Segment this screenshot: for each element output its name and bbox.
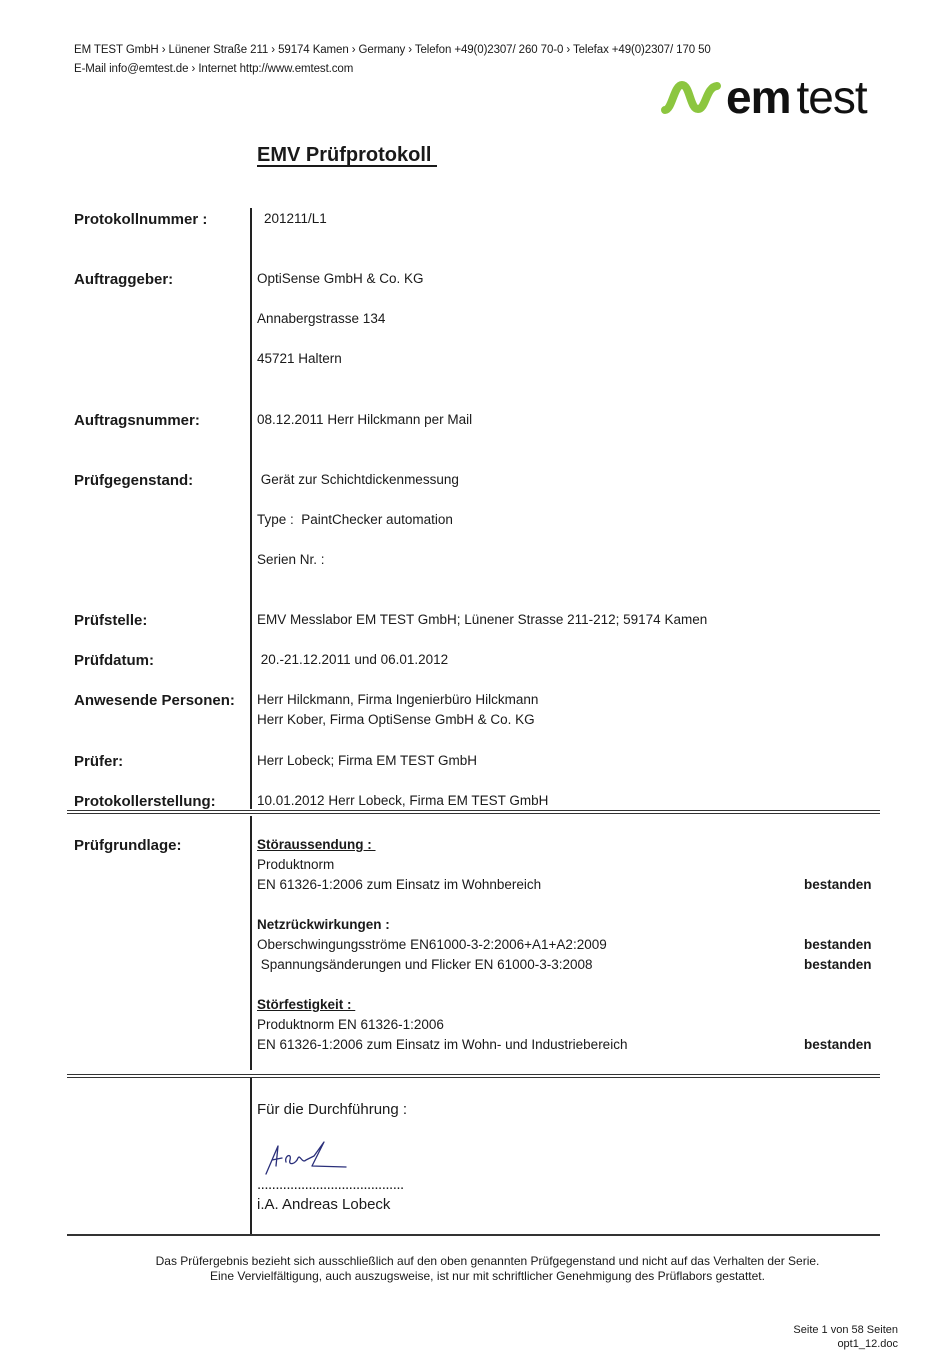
label-pruefer: Prüfer: (74, 753, 123, 770)
netzrueckwirkungen-line-2: Spannungsänderungen und Flicker EN 61000… (257, 957, 593, 972)
stoerfestigkeit-result: bestanden (804, 1037, 872, 1052)
label-pruefdatum: Prüfdatum: (74, 652, 154, 669)
label-protokollerstellung: Protokollerstellung: (74, 793, 216, 810)
value-protokollnummer: 201211/L1 (264, 211, 327, 226)
column-divider-middle (250, 816, 252, 1070)
value-anwesende-2: Herr Kober, Firma OptiSense GmbH & Co. K… (257, 712, 535, 727)
value-auftragsnummer: 08.12.2011 Herr Hilckmann per Mail (257, 412, 472, 427)
value-anwesende-1: Herr Hilckmann, Firma Ingenierbüro Hilck… (257, 692, 538, 707)
value-pruefgegenstand-type: Type : PaintChecker automation (257, 512, 453, 527)
label-anwesende-personen: Anwesende Personen: (74, 692, 235, 709)
column-divider-bottom (250, 1077, 252, 1235)
stoerfestigkeit-line-1: Produktnorm EN 61326-1:2006 (257, 1017, 444, 1032)
signer-name: i.A. Andreas Lobeck (257, 1196, 390, 1213)
company-address-line: EM TEST GmbH › Lünener Straße 211 › 5917… (74, 44, 711, 56)
netzrueckwirkungen-result-2: bestanden (804, 957, 872, 972)
value-pruefstelle: EMV Messlabor EM TEST GmbH; Lünener Stra… (257, 612, 707, 627)
signature-dotted-line: ........................................ (257, 1176, 404, 1193)
company-contact-line: E-Mail info@emtest.de › Internet http://… (74, 63, 353, 75)
handwritten-signature-icon (262, 1136, 354, 1178)
emtest-logo: emtest (660, 74, 867, 120)
label-auftraggeber: Auftraggeber: (74, 271, 173, 288)
stoeraussendung-result: bestanden (804, 877, 872, 892)
disclaimer-line-1: Das Prüfergebnis bezieht sich ausschließ… (0, 1254, 950, 1269)
value-auftraggeber-city: 45721 Haltern (257, 351, 342, 366)
value-pruefgegenstand-device: Gerät zur Schichtdickenmessung (257, 472, 459, 487)
value-pruefer: Herr Lobeck; Firma EM TEST GmbH (257, 753, 477, 768)
label-pruefstelle: Prüfstelle: (74, 612, 147, 629)
stoerfestigkeit-line-2: EN 61326-1:2006 zum Einsatz im Wohn- und… (257, 1037, 627, 1052)
stoeraussendung-line-1: Produktnorm (257, 857, 334, 872)
value-pruefgegenstand-serial: Serien Nr. : (257, 552, 325, 567)
value-auftraggeber-company: OptiSense GmbH & Co. KG (257, 271, 424, 286)
file-name: opt1_12.doc (837, 1338, 898, 1350)
value-auftraggeber-street: Annabergstrasse 134 (257, 311, 385, 326)
section-netzrueckwirkungen: Netzrückwirkungen : (257, 917, 390, 932)
stoeraussendung-line-2: EN 61326-1:2006 zum Einsatz im Wohnberei… (257, 877, 541, 892)
section-stoeraussendung: Störaussendung : (257, 837, 376, 852)
label-auftragsnummer: Auftragsnummer: (74, 412, 200, 429)
netzrueckwirkungen-line-1: Oberschwingungsströme EN61000-3-2:2006+A… (257, 937, 607, 952)
wave-icon (660, 77, 722, 117)
logo-em: em (726, 71, 790, 123)
section-stoerfestigkeit: Störfestigkeit : (257, 997, 355, 1012)
document-title: EMV Prüfprotokoll (257, 144, 437, 167)
label-protokollnummer: Protokollnummer : (74, 211, 207, 228)
signature-divider-double (67, 1074, 880, 1078)
bottom-rule (67, 1234, 880, 1236)
column-divider-top (250, 208, 252, 809)
label-pruefgrundlage: Prüfgrundlage: (74, 837, 182, 854)
page-number: Seite 1 von 58 Seiten (793, 1324, 898, 1336)
signature-caption: Für die Durchführung : (257, 1101, 407, 1118)
section-divider-double (67, 810, 880, 814)
logo-test: test (796, 71, 866, 123)
disclaimer-line-2: Eine Vervielfältigung, auch auszugsweise… (0, 1269, 950, 1284)
label-pruefgegenstand: Prüfgegenstand: (74, 472, 193, 489)
value-protokollerstellung: 10.01.2012 Herr Lobeck, Firma EM TEST Gm… (257, 793, 548, 808)
value-pruefdatum: 20.-21.12.2011 und 06.01.2012 (257, 652, 448, 667)
netzrueckwirkungen-result-1: bestanden (804, 937, 872, 952)
